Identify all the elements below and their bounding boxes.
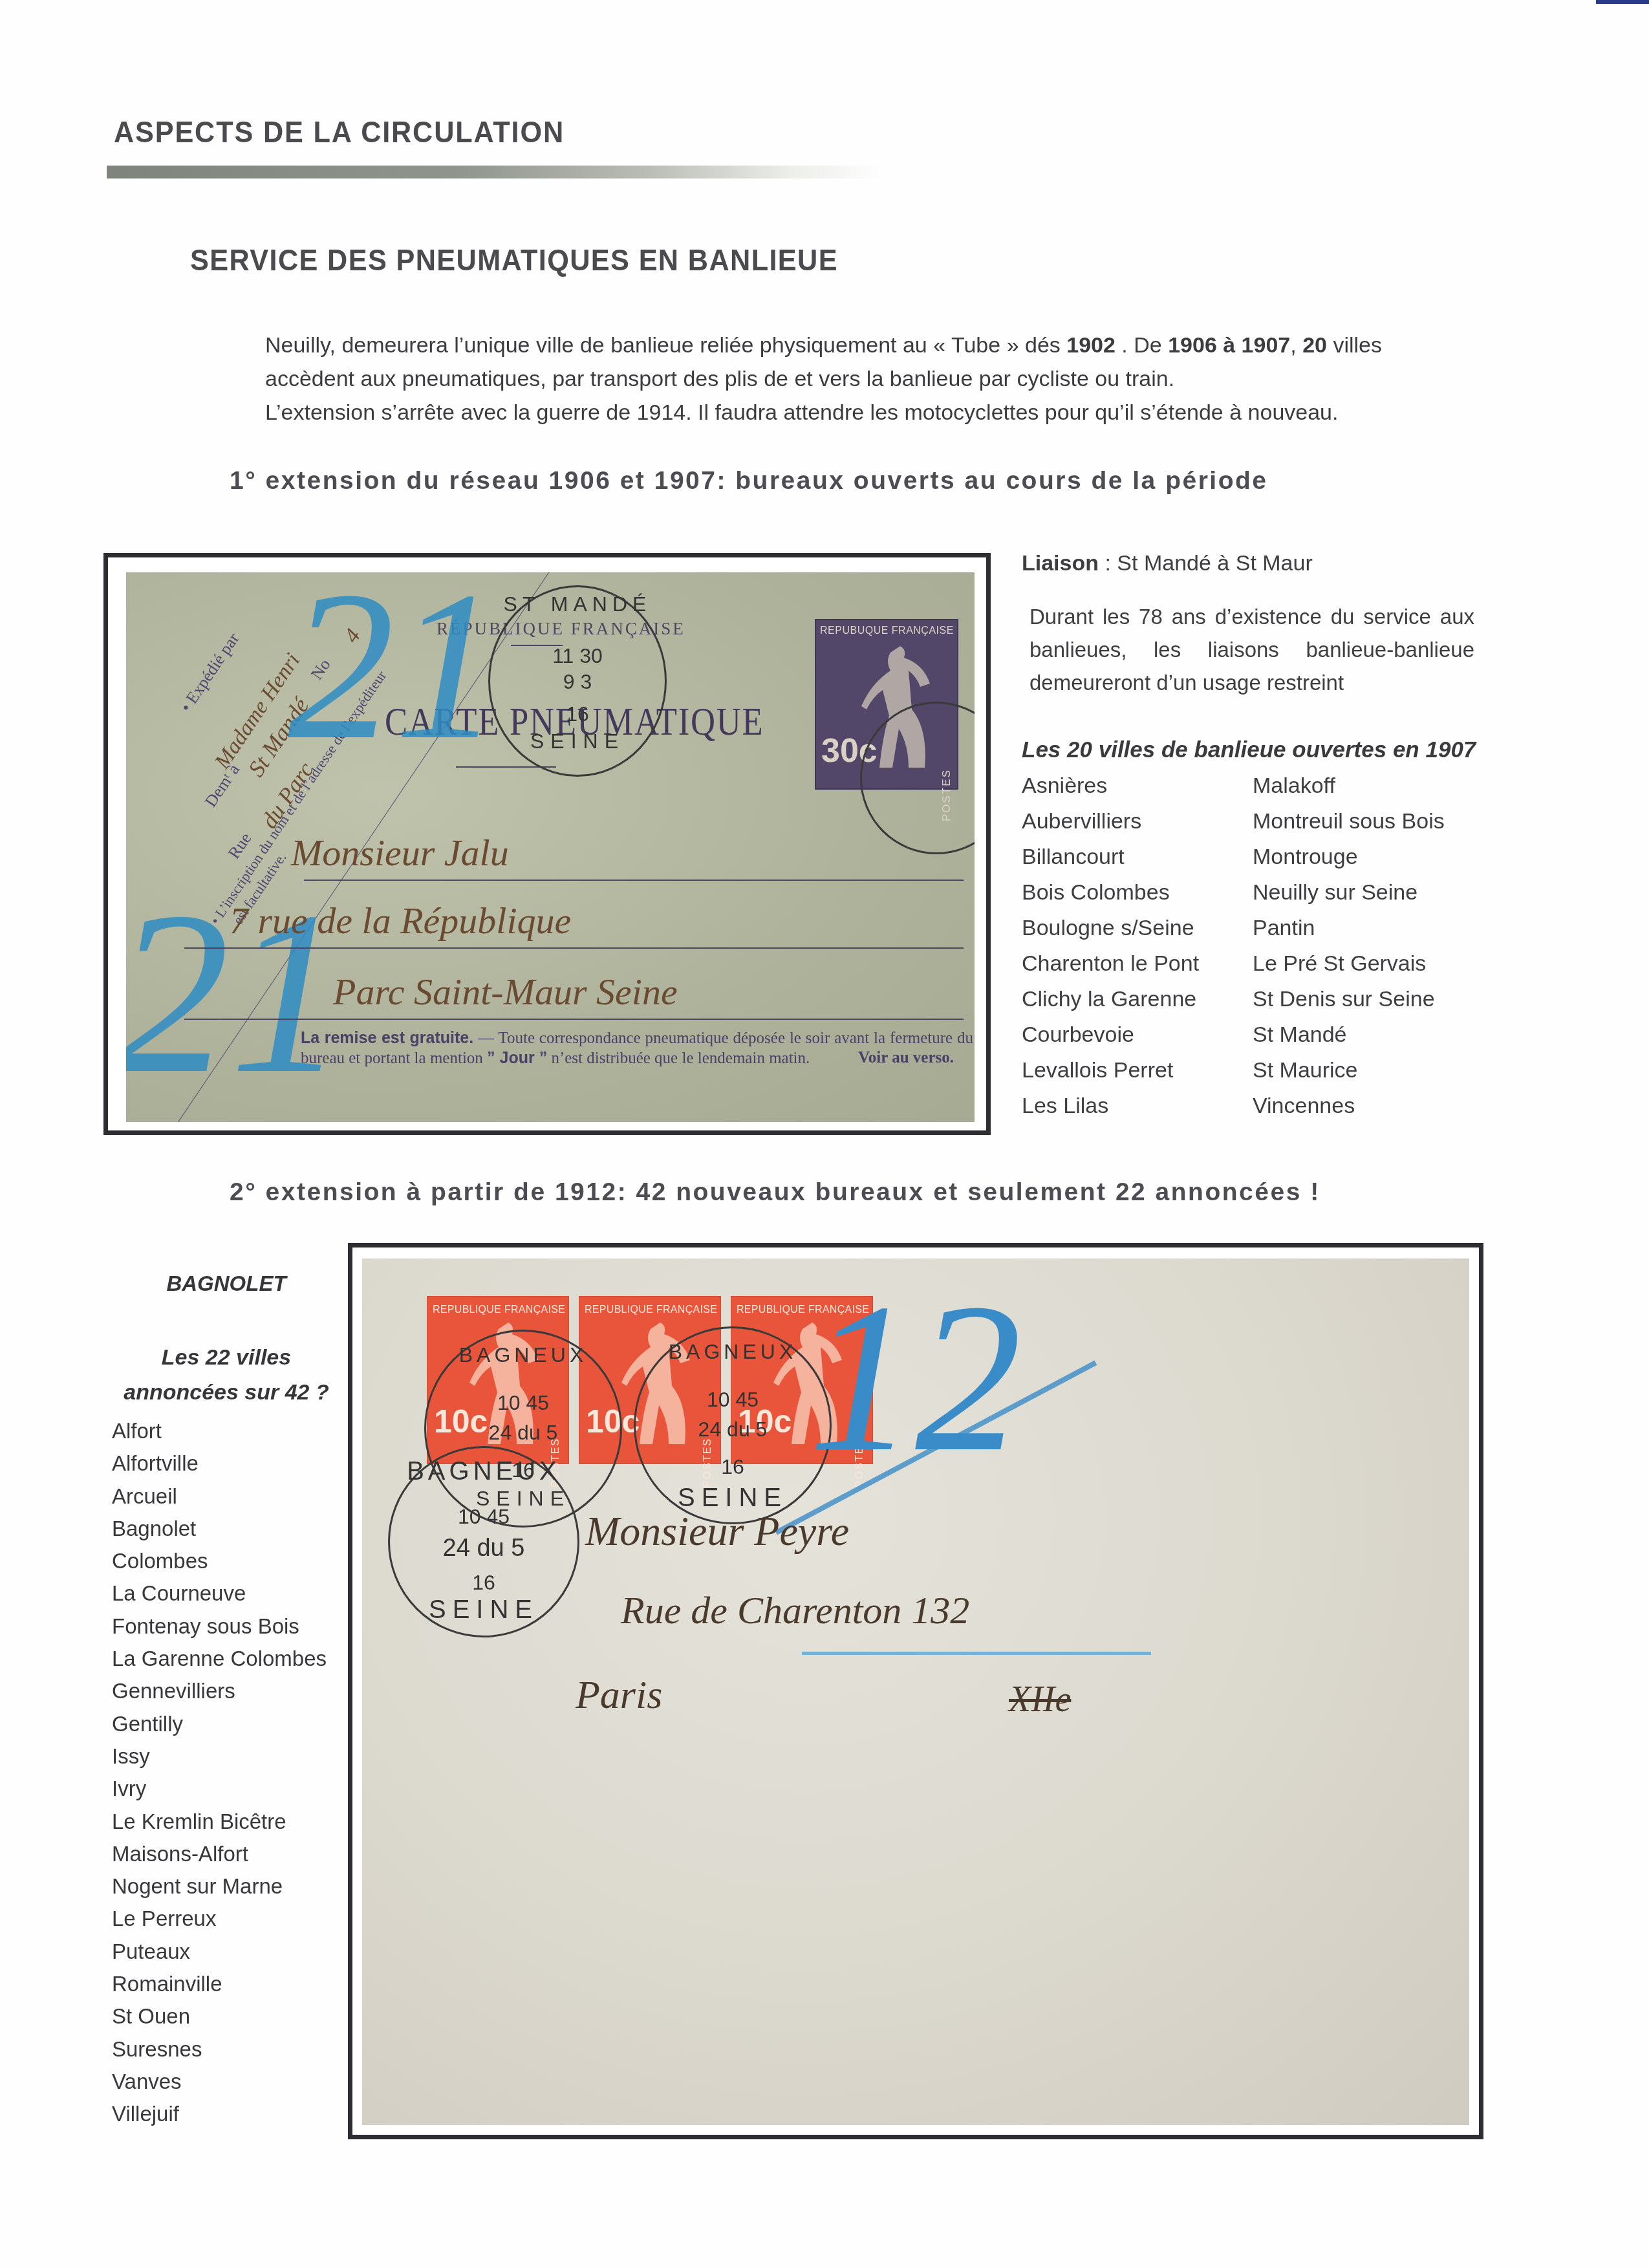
town-1907-item: Billancourt xyxy=(1022,845,1253,880)
address-rule-3 xyxy=(184,1019,964,1020)
town-1907-item: Levallois Perret xyxy=(1022,1058,1253,1094)
card-sender-label: • Expédié par xyxy=(177,630,243,716)
town-1912-item: La Garenne Colombes xyxy=(112,1643,327,1675)
section-2-heading: 2° extension à partir de 1912: 42 nouvea… xyxy=(230,1178,1320,1207)
town-1907-item: Les Lilas xyxy=(1022,1094,1253,1129)
town-1912-item: Colombes xyxy=(112,1545,327,1577)
page-title: SERVICE DES PNEUMATIQUES EN BANLIEUE xyxy=(190,242,838,277)
town-1912-item: Nogent sur Marne xyxy=(112,1870,327,1903)
town-1907-item: St Maurice xyxy=(1253,1058,1485,1094)
towns-1912-title: Les 22 villes annoncées sur 42 ? xyxy=(97,1340,356,1410)
envelope-address-line-1: Monsieur Peyre xyxy=(585,1507,849,1555)
bagneux-envelope-image: REPUBLIQUE FRANÇAISE10cPOSTESREPUBLIQUE … xyxy=(362,1258,1469,2125)
town-1912-item: Gennevilliers xyxy=(112,1675,327,1707)
card-address-line-3: Parc Saint-Maur Seine xyxy=(333,970,678,1013)
intro-line-1: Neuilly, demeurera l’unique ville de ban… xyxy=(265,329,1494,362)
card-address-line-1: Monsieur Jalu xyxy=(291,831,509,874)
town-1912-item: Fontenay sous Bois xyxy=(112,1610,327,1643)
town-1907-item: Charenton le Pont xyxy=(1022,951,1253,987)
town-1907-item: Pantin xyxy=(1253,916,1485,951)
town-1912-item: Romainville xyxy=(112,1968,327,2000)
blue-crayon-mark-top: 21 xyxy=(288,572,501,773)
town-1912-item: Villejuif xyxy=(112,2098,327,2130)
town-1912-item: Vanves xyxy=(112,2066,327,2098)
highlight-town-label: BAGNOLET xyxy=(113,1271,339,1296)
town-1907-item: Boulogne s/Seine xyxy=(1022,916,1253,951)
town-1912-item: Issy xyxy=(112,1740,327,1773)
town-1912-item: Alfortville xyxy=(112,1447,327,1480)
town-1907-item: St Denis sur Seine xyxy=(1253,987,1485,1022)
town-1912-item: Suresnes xyxy=(112,2033,327,2066)
corner-mark xyxy=(1596,0,1649,4)
envelope-address-arrondissement: XIIe xyxy=(1009,1679,1071,1720)
town-1912-item: Alfort xyxy=(112,1415,327,1447)
town-1912-item: Puteaux xyxy=(112,1936,327,1968)
address-rule-1 xyxy=(304,880,964,881)
town-1912-item: La Courneuve xyxy=(112,1577,327,1610)
town-1907-item: Asnières xyxy=(1022,773,1253,809)
town-1907-item: Bois Colombes xyxy=(1022,880,1253,916)
envelope-address-line-2: Rue de Charenton 132 xyxy=(621,1588,969,1633)
duration-paragraph: Durant les 78 ans d’existence du service… xyxy=(1029,600,1474,699)
title-underline-bar xyxy=(107,166,883,178)
town-1912-item: St Ouen xyxy=(112,2000,327,2033)
envelope-address-city: Paris xyxy=(576,1672,662,1718)
town-1907-item: Clichy la Garenne xyxy=(1022,987,1253,1022)
towns-1912-list: AlfortAlfortvilleArcueilBagnoletColombes… xyxy=(112,1415,327,2131)
blue-crayon-tax-mark: 12 xyxy=(808,1271,1022,1485)
blue-underline xyxy=(802,1652,1151,1655)
town-1907-item: Montrouge xyxy=(1253,845,1485,880)
town-1912-item: Ivry xyxy=(112,1773,327,1805)
town-1912-item: Le Perreux xyxy=(112,1903,327,1935)
pneumatic-card-image: • Expédié par Madame Henri Demᵗ à St Man… xyxy=(126,572,975,1122)
town-1907-item: St Mandé xyxy=(1253,1022,1485,1058)
town-1912-item: Gentilly xyxy=(112,1708,327,1740)
st-mande-postmark: ST MANDÉ 11 30 9 3 16 SEINE xyxy=(488,585,667,777)
town-1907-item: Malakoff xyxy=(1253,773,1485,809)
town-1912-item: Le Kremlin Bicêtre xyxy=(112,1806,327,1838)
card-footer-notice: La remise est gratuite. — Toute correspo… xyxy=(301,1028,973,1068)
towns-1907-list: AsnièresAubervilliersBillancourtBois Col… xyxy=(1022,773,1487,1129)
section-title: ASPECTS DE LA CIRCULATION xyxy=(114,114,565,149)
town-1912-item: Bagnolet xyxy=(112,1513,327,1545)
card-sender-dem-label: Demᵗ à xyxy=(201,761,244,811)
bagneux-postmark-3: BAGNEUX 10 45 24 du 5 16 SEINE xyxy=(388,1446,579,1637)
town-1912-item: Maisons-Alfort xyxy=(112,1838,327,1870)
town-1912-item: Arcueil xyxy=(112,1480,327,1513)
card-address-line-2: 7 rue de la République xyxy=(230,899,571,942)
town-1907-item: Aubervilliers xyxy=(1022,809,1253,845)
intro-paragraph: Neuilly, demeurera l’unique ville de ban… xyxy=(265,329,1494,429)
intro-line-3: L’extension s’arrête avec la guerre de 1… xyxy=(265,396,1494,429)
liaison-line: Liaison : St Mandé à St Maur xyxy=(1022,551,1313,576)
bagneux-postmark-2: BAGNEUX 10 45 24 du 5 16 SEINE xyxy=(634,1326,832,1524)
intro-line-2: accèdent aux pneumatiques, par transport… xyxy=(265,362,1494,396)
town-1907-item: Montreuil sous Bois xyxy=(1253,809,1485,845)
town-1907-item: Courbevoie xyxy=(1022,1022,1253,1058)
town-1907-item: Vincennes xyxy=(1253,1094,1485,1129)
towns-1907-title: Les 20 villes de banlieue ouvertes en 19… xyxy=(1022,737,1476,763)
town-1907-item: Neuilly sur Seine xyxy=(1253,880,1485,916)
section-1-heading: 1° extension du réseau 1906 et 1907: bur… xyxy=(230,467,1268,495)
address-rule-2 xyxy=(184,947,964,949)
town-1907-item: Le Pré St Gervais xyxy=(1253,951,1485,987)
